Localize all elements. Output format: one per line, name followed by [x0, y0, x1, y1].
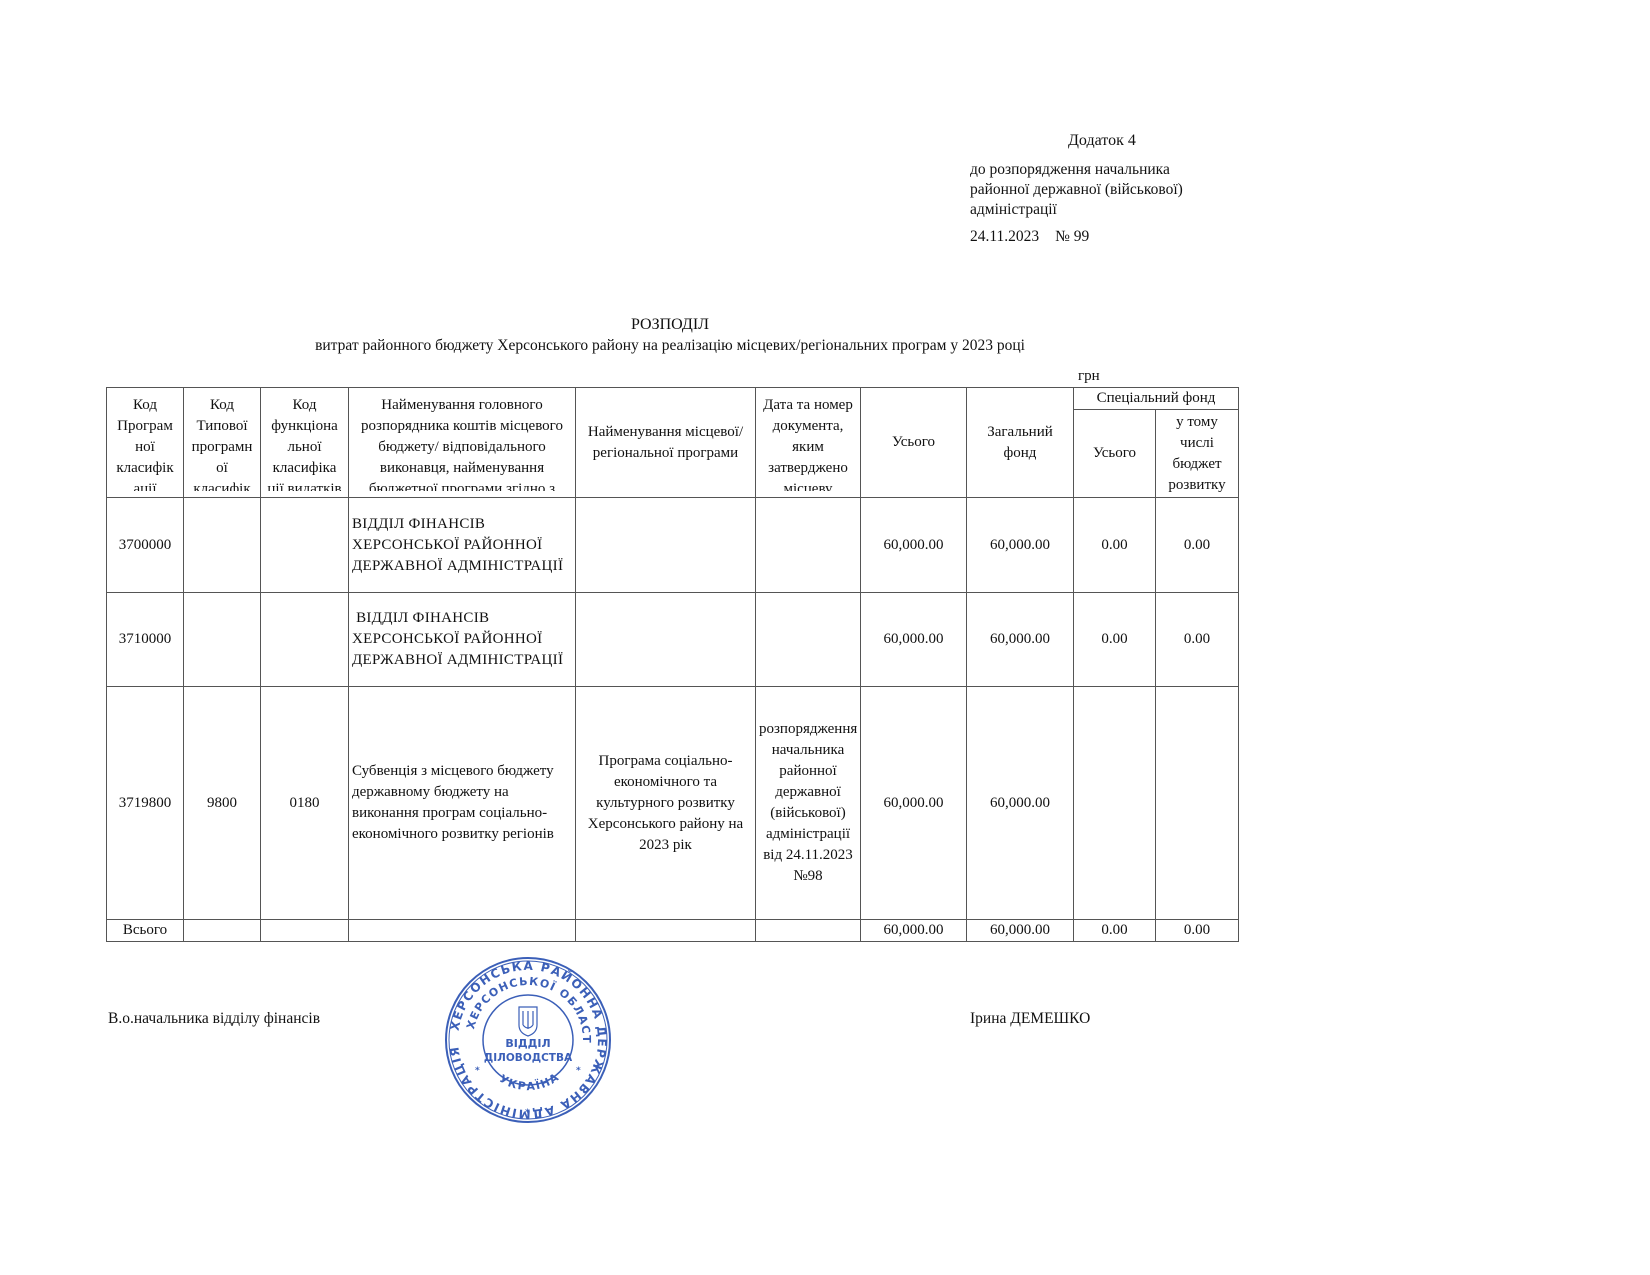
- totals-empty: [576, 920, 756, 942]
- totals-empty: [756, 920, 861, 942]
- totals-label: Всього: [107, 920, 184, 942]
- appendix-title: Додаток 4: [1068, 132, 1136, 150]
- cell-functional-code: [261, 593, 349, 687]
- header-functional-code: Код функціона льної класифіка ції видатк…: [261, 388, 349, 498]
- cell-special-total: 0.00: [1074, 498, 1156, 593]
- header-program-code: Код Програм ної класифік ації видатків: [107, 388, 184, 498]
- cell-document: розпорядження начальника районної держав…: [756, 687, 861, 920]
- header-special-total: Усього: [1074, 410, 1156, 498]
- cell-program-code: 3700000: [107, 498, 184, 593]
- cell-typical-code: [184, 498, 261, 593]
- cell-program-code: 3710000: [107, 593, 184, 687]
- cell-manager-name: ВІДДІЛ ФІНАНСІВ ХЕРСОНСЬКОЇ РАЙОННОЇ ДЕР…: [349, 498, 576, 593]
- cell-development-budget: 0.00: [1156, 593, 1239, 687]
- table-row: 3719800 9800 0180 Субвенція з місцевого …: [107, 687, 1239, 920]
- stamp-bottom-text: УКРАЇНА: [497, 1070, 562, 1093]
- document-title: РОЗПОДІЛ: [0, 316, 1340, 334]
- cell-program-code: 3719800: [107, 687, 184, 920]
- header-total: Усього: [861, 388, 967, 498]
- totals-total: 60,000.00: [861, 920, 967, 942]
- cell-general-fund: 60,000.00: [967, 687, 1074, 920]
- cell-functional-code: [261, 498, 349, 593]
- cell-program-name: [576, 498, 756, 593]
- appendix-reference: до розпорядження начальника районної дер…: [970, 160, 1230, 220]
- stamp-center-line1: ВІДДІЛ: [505, 1037, 550, 1050]
- header-program-name: Найменування місцевої/регіональної прогр…: [576, 388, 756, 498]
- cell-program-name: [576, 593, 756, 687]
- cell-special-total: 0.00: [1074, 593, 1156, 687]
- budget-table: Код Програм ної класифік ації видатків К…: [106, 387, 1239, 942]
- cell-document: [756, 593, 861, 687]
- totals-special-total: 0.00: [1074, 920, 1156, 942]
- appendix-line: адміністрації: [970, 200, 1230, 220]
- cell-total: 60,000.00: [861, 498, 967, 593]
- stamp-star-icon: *: [525, 1108, 530, 1118]
- stamp-star-icon: *: [475, 1066, 480, 1076]
- trident-emblem-icon: [519, 1007, 537, 1036]
- table-header-row: Код Програм ної класифік ації видатків К…: [107, 388, 1239, 410]
- appendix-line: районної державної (військової): [970, 180, 1230, 200]
- cell-total: 60,000.00: [861, 687, 967, 920]
- cell-general-fund: 60,000.00: [967, 498, 1074, 593]
- cell-typical-code: [184, 593, 261, 687]
- table-row: 3700000 ВІДДІЛ ФІНАНСІВ ХЕРСОНСЬКОЇ РАЙО…: [107, 498, 1239, 593]
- header-typical-code: Код Типової програмн ої класифік ації: [184, 388, 261, 498]
- totals-empty: [261, 920, 349, 942]
- official-stamp: ХЕРСОНСЬКА РАЙОННА ДЕРЖАВНА АДМІНІСТРАЦІ…: [443, 955, 613, 1125]
- cell-development-budget: [1156, 687, 1239, 920]
- cell-program-name: Програма соціально-економічного та культ…: [576, 687, 756, 920]
- totals-empty: [349, 920, 576, 942]
- header-document: Дата та номер документа, яким затверджен…: [756, 388, 861, 498]
- cell-special-total: [1074, 687, 1156, 920]
- appendix-line: до розпорядження начальника: [970, 160, 1230, 180]
- stamp-star-icon: *: [576, 1066, 581, 1076]
- totals-general-fund: 60,000.00: [967, 920, 1074, 942]
- cell-development-budget: 0.00: [1156, 498, 1239, 593]
- appendix-date-number: 24.11.2023 № 99: [970, 228, 1101, 246]
- cell-functional-code: 0180: [261, 687, 349, 920]
- stamp-center-line2: ДІЛОВОДСТВА: [484, 1052, 573, 1064]
- cell-typical-code: 9800: [184, 687, 261, 920]
- cell-general-fund: 60,000.00: [967, 593, 1074, 687]
- table-totals-row: Всього 60,000.00 60,000.00 0.00 0.00: [107, 920, 1239, 942]
- totals-development-budget: 0.00: [1156, 920, 1239, 942]
- header-manager-name: Найменування головного розпорядника кошт…: [349, 388, 576, 498]
- signer-name: Ірина ДЕМЕШКО: [970, 1010, 1090, 1028]
- cell-manager-name: ВІДДІЛ ФІНАНСІВ ХЕРСОНСЬКОЇ РАЙОННОЇ ДЕР…: [349, 593, 576, 687]
- document-subtitle: витрат районного бюджету Херсонського ра…: [0, 337, 1340, 355]
- header-special-fund: Спеціальний фонд: [1074, 388, 1239, 410]
- totals-empty: [184, 920, 261, 942]
- table-row: 3710000 ВІДДІЛ ФІНАНСІВ ХЕРСОНСЬКОЇ РАЙО…: [107, 593, 1239, 687]
- appendix-number: № 99: [1055, 228, 1089, 245]
- signer-title: В.о.начальника відділу фінансів: [108, 1010, 320, 1028]
- cell-document: [756, 498, 861, 593]
- appendix-date: 24.11.2023: [970, 228, 1039, 245]
- currency-label: грн: [1078, 368, 1100, 385]
- cell-manager-name: Субвенція з місцевого бюджету державному…: [349, 687, 576, 920]
- header-development-budget: у тому числі бюджет розвитку: [1156, 410, 1239, 498]
- cell-total: 60,000.00: [861, 593, 967, 687]
- header-general-fund: Загальний фонд: [967, 388, 1074, 498]
